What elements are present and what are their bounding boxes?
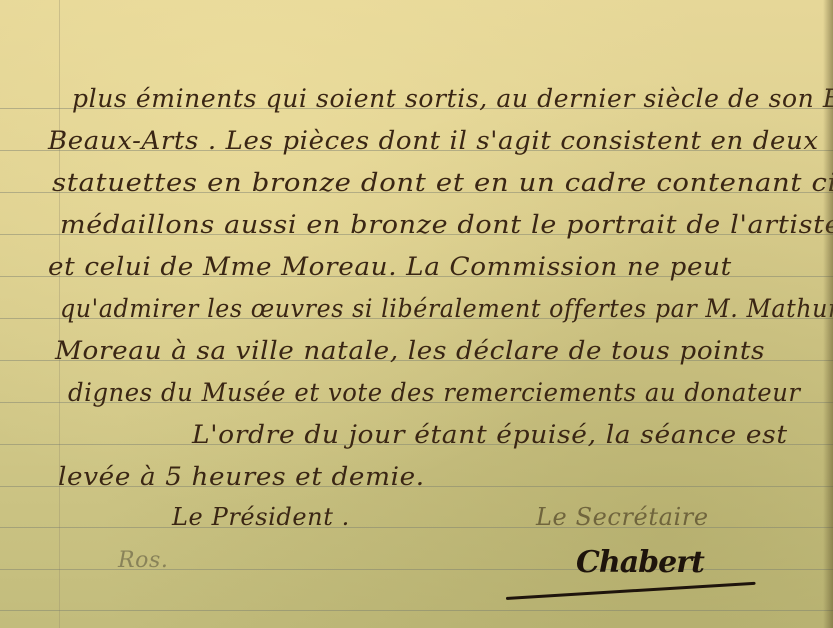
page-edge-shadow (823, 0, 833, 628)
text-line-1: plus éminents qui soient sortis, au dern… (72, 86, 833, 111)
manuscript-page: plus éminents qui soient sortis, au dern… (0, 0, 833, 628)
signature-underline (506, 582, 756, 600)
president-label: Le Président . (172, 505, 350, 529)
text-line-6: qu'admirer les œuvres si libéralement of… (60, 296, 833, 321)
text-line-10: levée à 5 heures et demie. (58, 464, 425, 489)
text-line-5: et celui de Mme Moreau. La Commission ne… (48, 254, 732, 279)
text-line-8: dignes du Musée et vote des remerciement… (68, 380, 801, 405)
text-line-4: médaillons aussi en bronze dont le portr… (60, 212, 833, 237)
text-line-2: Beaux-Arts . Les pièces dont il s'agit c… (48, 128, 819, 153)
text-line-7: Moreau à sa ville natale, les déclare de… (55, 338, 765, 363)
initials-annotation: Ros. (118, 550, 169, 572)
secretary-label: Le Secrétaire (536, 505, 709, 529)
ruled-line (0, 610, 833, 611)
secretary-signature: Chabert (576, 545, 704, 580)
text-line-3: statuettes en bronze dont et en un cadre… (52, 170, 833, 195)
text-line-9: L'ordre du jour étant épuisé, la séance … (192, 422, 788, 447)
